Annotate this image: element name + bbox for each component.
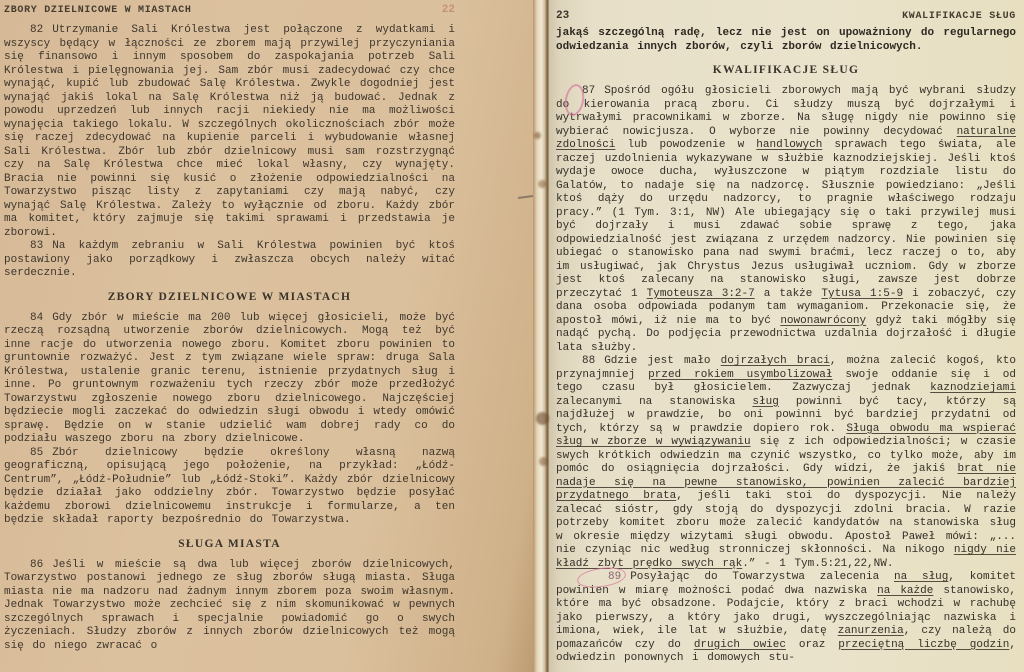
text-segment: Utrzymanie Sali Królestwa jest połączone… [4, 24, 455, 239]
text-segment: przeciętną liczbę godzin [838, 639, 1009, 651]
right-running-head: KWALIFIKACJE SŁUG [902, 11, 1016, 23]
text-segment: sług [752, 396, 778, 408]
section-heading: SŁUGA MIASTA [4, 538, 455, 551]
left-page-content: ZBORY DZIELNICOWE W MIASTACH 22 82Utrzym… [0, 0, 533, 653]
right-page-header: 23 KWALIFIKACJE SŁUG [556, 10, 1016, 23]
paragraph-number: 86 [30, 559, 43, 571]
text-segment: Gdzie jest mało [604, 355, 720, 367]
text-segment: a także [755, 288, 822, 300]
text-segment: drugich owiec [694, 639, 786, 651]
text-segment: Zbór dzielnicowy będzie określony własną… [4, 447, 455, 527]
paper-stain [536, 412, 549, 425]
text-segment: przed rokiem usymbolizował [648, 369, 832, 381]
text-segment: Tymoteusza 3:2-7 [647, 288, 755, 300]
paper-stain [534, 132, 541, 139]
text-segment: Gdy zbór w mieście ma 200 lub więcej gło… [4, 312, 455, 446]
paragraph-number: 89 [582, 571, 621, 585]
right-page-blocks: jakąś szczególną radę, lecz nie jest on … [556, 27, 1016, 666]
paragraph-number: 88 [582, 355, 595, 367]
book-scan: ZBORY DZIELNICOWE W MIASTACH 22 82Utrzym… [0, 0, 1024, 672]
text-segment: sprawach tego świata, ale raczej uzdolni… [556, 139, 1016, 300]
left-running-head: ZBORY DZIELNICOWE W MIASTACH [4, 5, 192, 17]
text-segment: Posyłając do Towarzystwa zalecenia [630, 571, 894, 583]
paragraph-number: 85 [30, 447, 43, 459]
left-page: ZBORY DZIELNICOWE W MIASTACH 22 82Utrzym… [0, 0, 533, 672]
paper-stain [538, 180, 547, 188]
paragraph: 86Jeśli w mieście są dwa lub więcej zbor… [4, 559, 455, 654]
text-segment: Na każdym zebraniu w Sali Królestwa powi… [4, 240, 455, 279]
section-heading: ZBORY DZIELNICOWE W MIASTACH [4, 291, 455, 304]
paragraph: 89Posyłając do Towarzystwa zalecenia na … [556, 571, 1016, 666]
text-segment: na każde [877, 585, 933, 597]
section-heading: KWALIFIKACJE SŁUG [556, 64, 1016, 77]
text-segment: Spośród ogółu głosicieli zborowych mają … [556, 85, 1016, 138]
paragraph: 87Spośród ogółu głosicieli zborowych maj… [556, 85, 1016, 355]
paragraph-number: 83 [30, 240, 43, 252]
paragraph-number: 84 [30, 312, 43, 324]
text-segment: nowonawrócony [780, 315, 866, 327]
paragraph: 82Utrzymanie Sali Królestwa jest połączo… [4, 24, 455, 240]
left-page-blocks: 82Utrzymanie Sali Królestwa jest połączo… [4, 24, 455, 653]
text-segment: na sług [894, 571, 948, 583]
text-segment: Tytusa 1:5-9 [821, 288, 903, 300]
text-segment: handlowych [756, 139, 822, 151]
right-page-content: 23 KWALIFIKACJE SŁUG jakąś szczególną ra… [549, 0, 1024, 666]
text-segment: kaznodziejami [930, 382, 1016, 394]
text-segment: dojrzałych braci [721, 355, 830, 367]
right-page: 23 KWALIFIKACJE SŁUG jakąś szczególną ra… [549, 0, 1024, 672]
page-gutter [533, 0, 549, 672]
paper-stain [539, 457, 548, 466]
paragraph-number: 82 [30, 24, 43, 36]
text-segment: oraz [786, 639, 838, 651]
paragraph: 83Na każdym zebraniu w Sali Królestwa po… [4, 240, 455, 281]
right-page-number: 23 [556, 10, 569, 22]
text-segment: zanurzenia [838, 625, 904, 637]
paragraph: 88Gdzie jest mało dojrzałych braci, możn… [556, 355, 1016, 571]
paragraph: 84Gdy zbór w mieście ma 200 lub więcej g… [4, 312, 455, 447]
paragraph: jakąś szczególną radę, lecz nie jest on … [556, 27, 1016, 54]
text-segment: .” - 1 Tym.5:21,22,NW. [742, 558, 893, 570]
text-segment: Jeśli w mieście są dwa lub więcej zborów… [4, 559, 455, 652]
left-page-number: 22 [442, 4, 455, 16]
text-segment: zalecanymi na stanowiska [556, 396, 752, 408]
text-segment: lub powodzenie w [615, 139, 756, 151]
left-page-header: ZBORY DZIELNICOWE W MIASTACH 22 [4, 4, 455, 17]
paragraph: 85Zbór dzielnicowy będzie określony włas… [4, 447, 455, 528]
text-segment: jakąś szczególną radę, lecz nie jest on … [556, 27, 1016, 53]
